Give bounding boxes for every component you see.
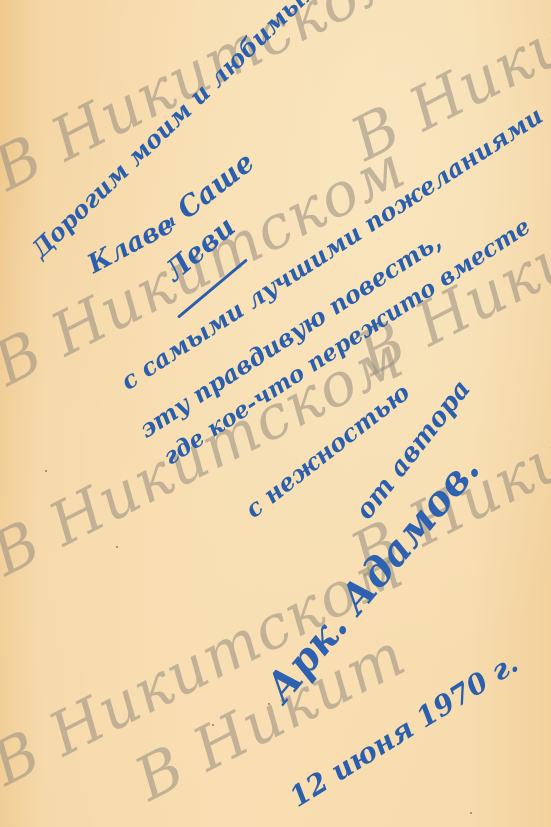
paper-speck bbox=[470, 812, 472, 814]
paper-speck bbox=[268, 703, 270, 705]
paper-speck bbox=[212, 724, 214, 726]
paper-speck bbox=[45, 470, 47, 472]
paper-speck bbox=[116, 546, 118, 548]
